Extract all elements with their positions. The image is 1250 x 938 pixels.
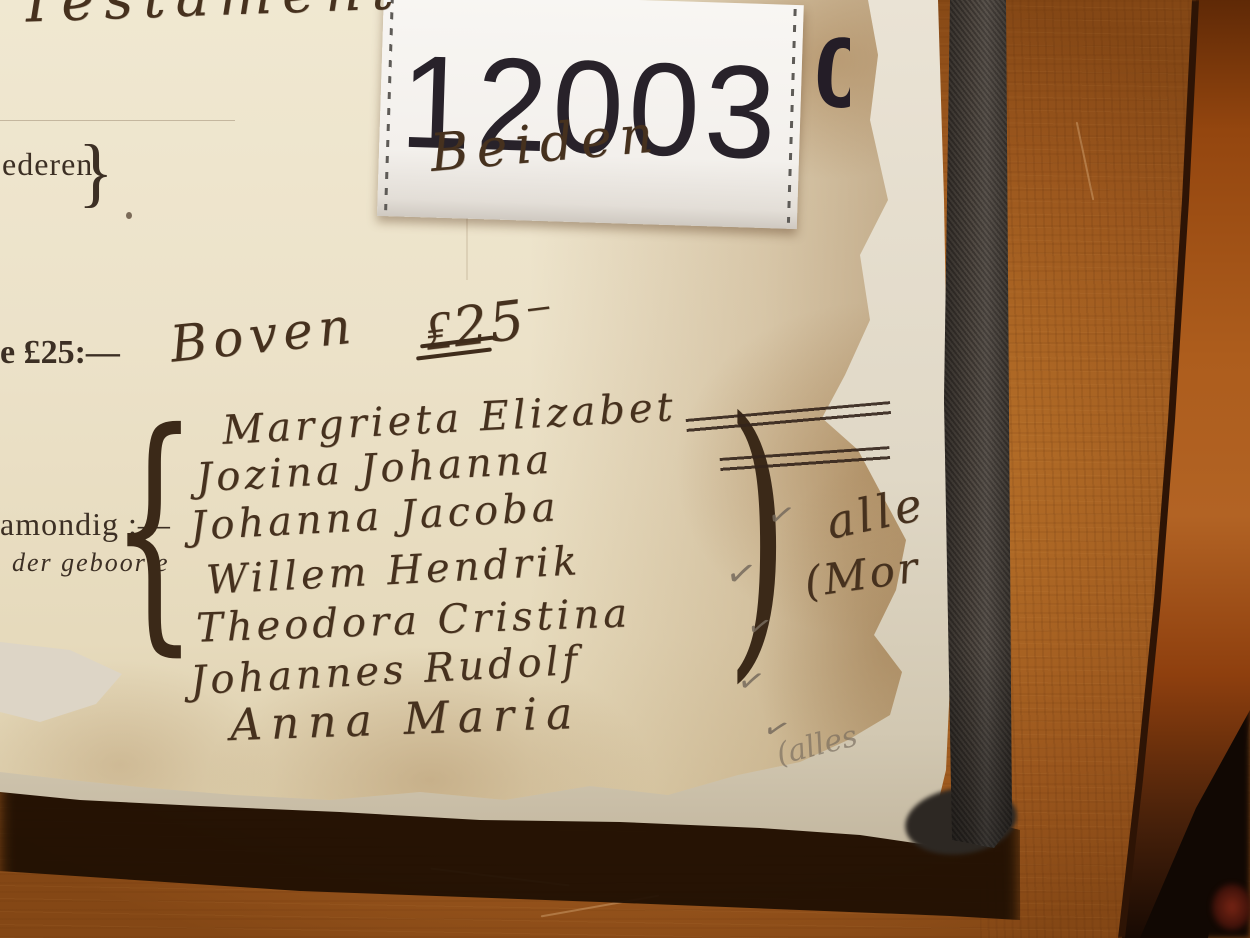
book-spine-shading <box>942 0 1016 860</box>
partial-label-digit: 0 <box>814 26 850 124</box>
background-red-object <box>1212 884 1250 930</box>
photo-register-book-on-desk: 12003 0 ederen } e £25:— amondig :— der … <box>0 0 1250 938</box>
ink-dot <box>126 212 132 219</box>
page-crease-line <box>0 120 235 121</box>
printed-brace: } <box>78 128 114 217</box>
printed-label-pounds: e £25:— <box>0 334 120 372</box>
left-brace-stroke: { <box>110 400 198 657</box>
